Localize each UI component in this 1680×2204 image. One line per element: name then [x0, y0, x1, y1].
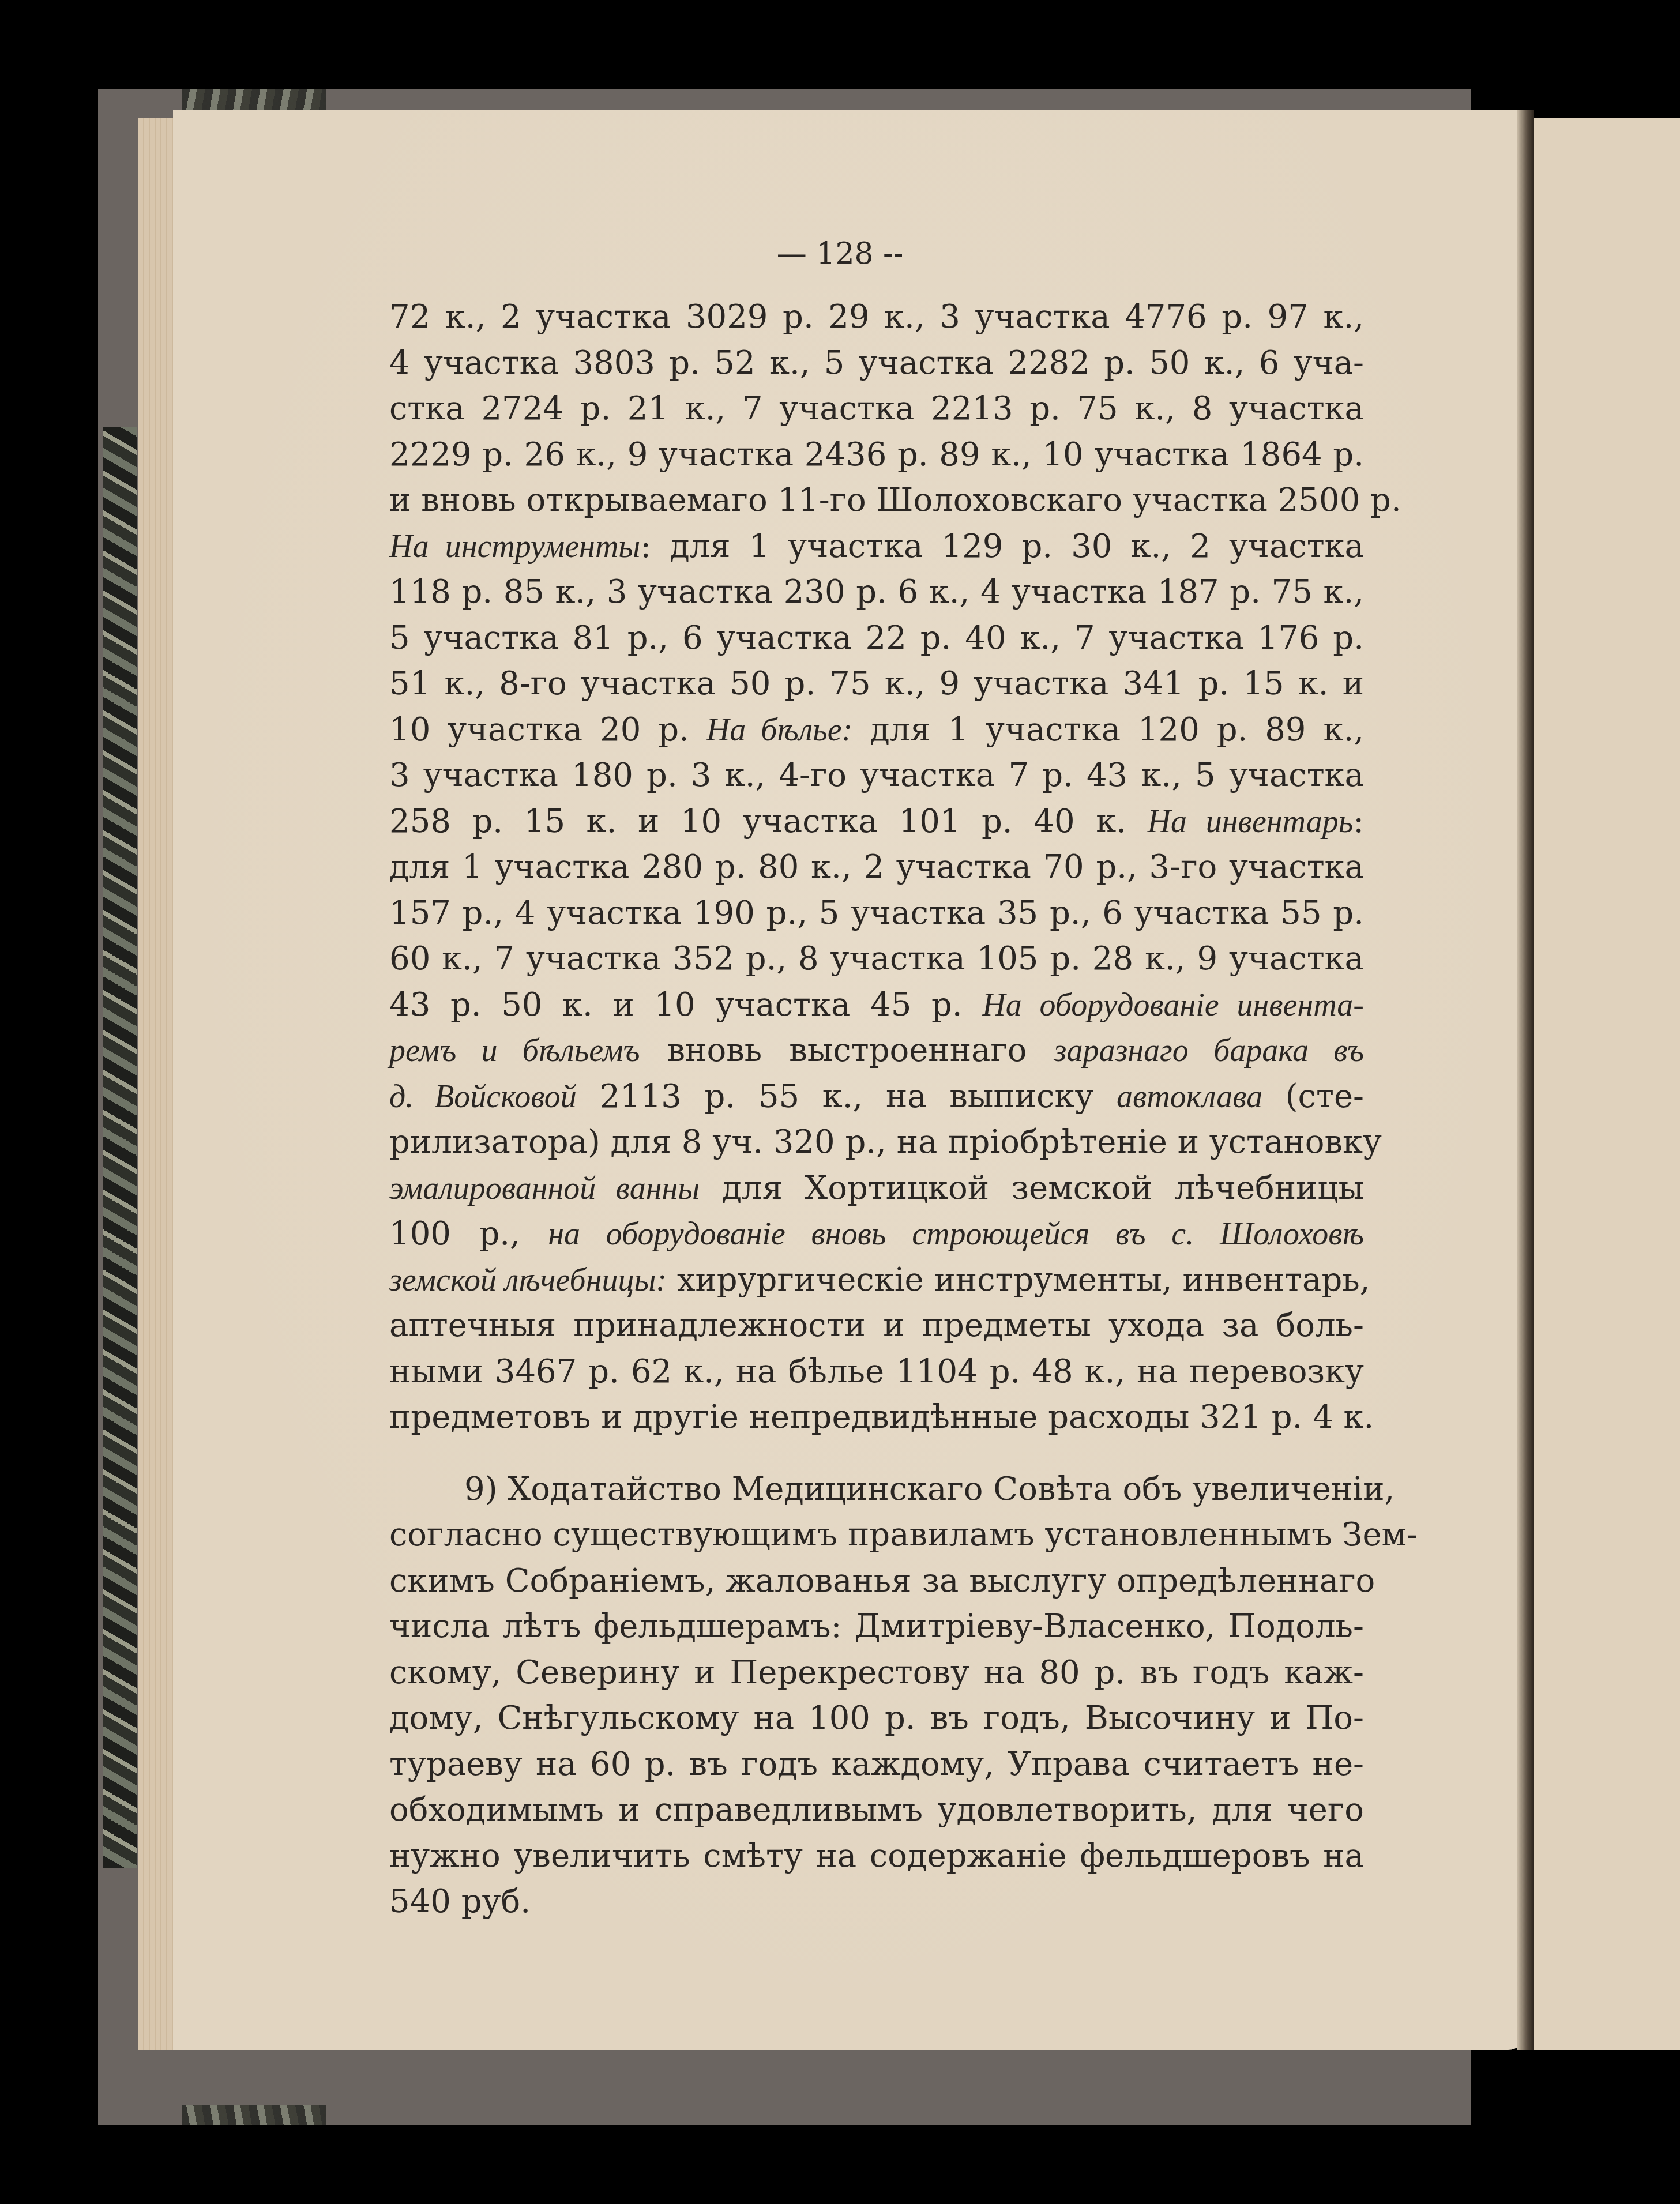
text-run: хирургическіе инструменты, инвентарь,	[667, 1261, 1370, 1299]
text-run: 60 к., 7 участка 352 р., 8 участка 105 р…	[389, 940, 1364, 977]
text-run: стка 2724 р. 21 к., 7 участка 2213 р. 75…	[389, 390, 1364, 427]
text-run: 4 участка 3803 р. 52 к., 5 участка 2282 …	[389, 344, 1364, 382]
text-run: 258 р. 15 к. и 10 участка 101 р. 40 к.	[389, 803, 1148, 840]
text-line: 9) Ходатайство Медицинскаго Совѣта объ у…	[389, 1466, 1364, 1513]
text-line: 2229 р. 26 к., 9 участка 2436 р. 89 к., …	[389, 432, 1364, 478]
marbled-edge-top	[182, 89, 326, 110]
italic-heading-run: ремъ и бѣльемъ	[389, 1033, 640, 1069]
text-line: д. Войсковой 2113 р. 55 к., на выписку а…	[389, 1074, 1364, 1120]
italic-heading-run: На инструменты	[389, 529, 640, 565]
text-line: дому, Снѣгульскому на 100 р. въ годъ, Вы…	[389, 1695, 1364, 1742]
text-line: ными 3467 р. 62 к., на бѣлье 1104 р. 48 …	[389, 1349, 1364, 1395]
italic-heading-run: на оборудованіе вновь строющейся въ с. Ш…	[548, 1216, 1364, 1252]
text-line: 540 руб.	[389, 1879, 1364, 1925]
italic-heading-run: автоклава	[1117, 1079, 1262, 1115]
text-line: согласно существующимъ правиламъ установ…	[389, 1512, 1364, 1558]
text-run: 5 участка 81 р., 6 участка 22 р. 40 к., …	[389, 619, 1364, 657]
text-run: 51 к., 8-го участка 50 р. 75 к., 9 участ…	[389, 665, 1364, 702]
text-run: ными 3467 р. 62 к., на бѣлье 1104 р. 48 …	[389, 1353, 1364, 1390]
text-run: 157 р., 4 участка 190 р., 5 участка 35 р…	[389, 894, 1364, 932]
text-run: 118 р. 85 к., 3 участка 230 р. 6 к., 4 у…	[389, 573, 1364, 611]
facing-page-edge	[1534, 118, 1680, 2050]
text-line: На инструменты: для 1 участка 129 р. 30 …	[389, 524, 1364, 570]
text-run: аптечныя принадлежности и предметы ухода…	[389, 1307, 1364, 1344]
text-run: :	[1353, 803, 1364, 840]
text-line: 157 р., 4 участка 190 р., 5 участка 35 р…	[389, 890, 1364, 936]
text-line: числа лѣтъ фельдшерамъ: Дмитріеву-Власен…	[389, 1604, 1364, 1650]
text-line: скимъ Собраніемъ, жалованья за выслугу о…	[389, 1558, 1364, 1604]
page-text: 72 к., 2 участка 3029 р. 29 к., 3 участк…	[389, 294, 1364, 1925]
italic-heading-run: заразнаго барака въ	[1054, 1033, 1364, 1069]
text-line: 5 участка 81 р., 6 участка 22 р. 40 к., …	[389, 615, 1364, 661]
marbled-spine	[103, 427, 137, 1868]
text-run: для 1 участка 120 р. 89 к.,	[852, 711, 1364, 749]
italic-heading-run: эмалированной ванны	[389, 1171, 700, 1206]
italic-heading-run: На инвентарь	[1148, 804, 1354, 840]
text-run: для Хортицкой земской лѣчебницы	[700, 1169, 1364, 1207]
text-run: предметовъ и другіе непредвидѣнные расхо…	[389, 1398, 1374, 1436]
text-line: для 1 участка 280 р. 80 к., 2 участка 70…	[389, 844, 1364, 890]
text-run: рилизатора) для 8 уч. 320 р., на пріобрѣ…	[389, 1123, 1382, 1161]
text-line: предметовъ и другіе непредвидѣнные расхо…	[389, 1394, 1364, 1441]
text-line: эмалированной ванны для Хортицкой земско…	[389, 1165, 1364, 1212]
text-line: ремъ и бѣльемъ вновь выстроеннаго заразн…	[389, 1028, 1364, 1074]
text-line: 51 к., 8-го участка 50 р. 75 к., 9 участ…	[389, 661, 1364, 707]
marbled-edge-bottom	[182, 2105, 326, 2125]
text-line: скому, Северину и Перекрестову на 80 р. …	[389, 1650, 1364, 1696]
text-line: рилизатора) для 8 уч. 320 р., на пріобрѣ…	[389, 1119, 1364, 1165]
text-line: 118 р. 85 к., 3 участка 230 р. 6 к., 4 у…	[389, 569, 1364, 615]
italic-heading-run: земской лѣчебницы:	[389, 1262, 667, 1298]
italic-heading-run: На бѣлье:	[706, 712, 852, 748]
paragraph-budget-items: 72 к., 2 участка 3029 р. 29 к., 3 участк…	[389, 294, 1364, 1441]
text-run: 10 участка 20 р.	[389, 711, 706, 749]
text-run: и вновь открываемаго 11-го Шолоховскаго …	[389, 482, 1401, 519]
text-line: 3 участка 180 р. 3 к., 4-го участка 7 р.…	[389, 753, 1364, 799]
text-line: нужно увеличить смѣту на содержаніе фель…	[389, 1833, 1364, 1879]
text-run: (сте-	[1262, 1078, 1364, 1115]
text-line: 100 р., на оборудованіе вновь строющейся…	[389, 1211, 1364, 1257]
text-run: : для 1 участка 129 р. 30 к., 2 участка	[640, 528, 1364, 565]
text-line: тураеву на 60 р. въ годъ каждому, Управа…	[389, 1742, 1364, 1788]
text-line: 43 р. 50 к. и 10 участка 45 р. На оборуд…	[389, 982, 1364, 1028]
text-line: и вновь открываемаго 11-го Шолоховскаго …	[389, 477, 1364, 524]
text-run: 2113 р. 55 к., на выписку	[577, 1078, 1117, 1115]
text-line: 4 участка 3803 р. 52 к., 5 участка 2282 …	[389, 340, 1364, 386]
text-line: земской лѣчебницы: хирургическіе инструм…	[389, 1257, 1364, 1303]
text-line: стка 2724 р. 21 к., 7 участка 2213 р. 75…	[389, 386, 1364, 432]
text-line: аптечныя принадлежности и предметы ухода…	[389, 1303, 1364, 1349]
text-run: 72 к., 2 участка 3029 р. 29 к., 3 участк…	[389, 298, 1364, 336]
text-run: 100 р.,	[389, 1215, 548, 1253]
text-line: 258 р. 15 к. и 10 участка 101 р. 40 к. Н…	[389, 799, 1364, 845]
text-line: обходимымъ и справедливымъ удовлетворить…	[389, 1787, 1364, 1833]
page-number: — 128 --	[0, 236, 1680, 271]
paragraph-item-9: 9) Ходатайство Медицинскаго Совѣта объ у…	[389, 1466, 1364, 1925]
text-line: 60 к., 7 участка 352 р., 8 участка 105 р…	[389, 936, 1364, 982]
text-run: 43 р. 50 к. и 10 участка 45 р.	[389, 986, 982, 1024]
italic-heading-run: На оборудованіе инвента-	[982, 987, 1364, 1023]
text-line: 72 к., 2 участка 3029 р. 29 к., 3 участк…	[389, 294, 1364, 340]
text-run: вновь выстроеннаго	[640, 1032, 1054, 1069]
page-gutter	[1517, 110, 1534, 2050]
text-run: 3 участка 180 р. 3 к., 4-го участка 7 р.…	[389, 757, 1364, 794]
text-line: 10 участка 20 р. На бѣлье: для 1 участка…	[389, 707, 1364, 753]
italic-heading-run: д. Войсковой	[389, 1079, 577, 1115]
text-run: 2229 р. 26 к., 9 участка 2436 р. 89 к., …	[389, 436, 1364, 473]
text-run: для 1 участка 280 р. 80 к., 2 участка 70…	[389, 848, 1364, 886]
